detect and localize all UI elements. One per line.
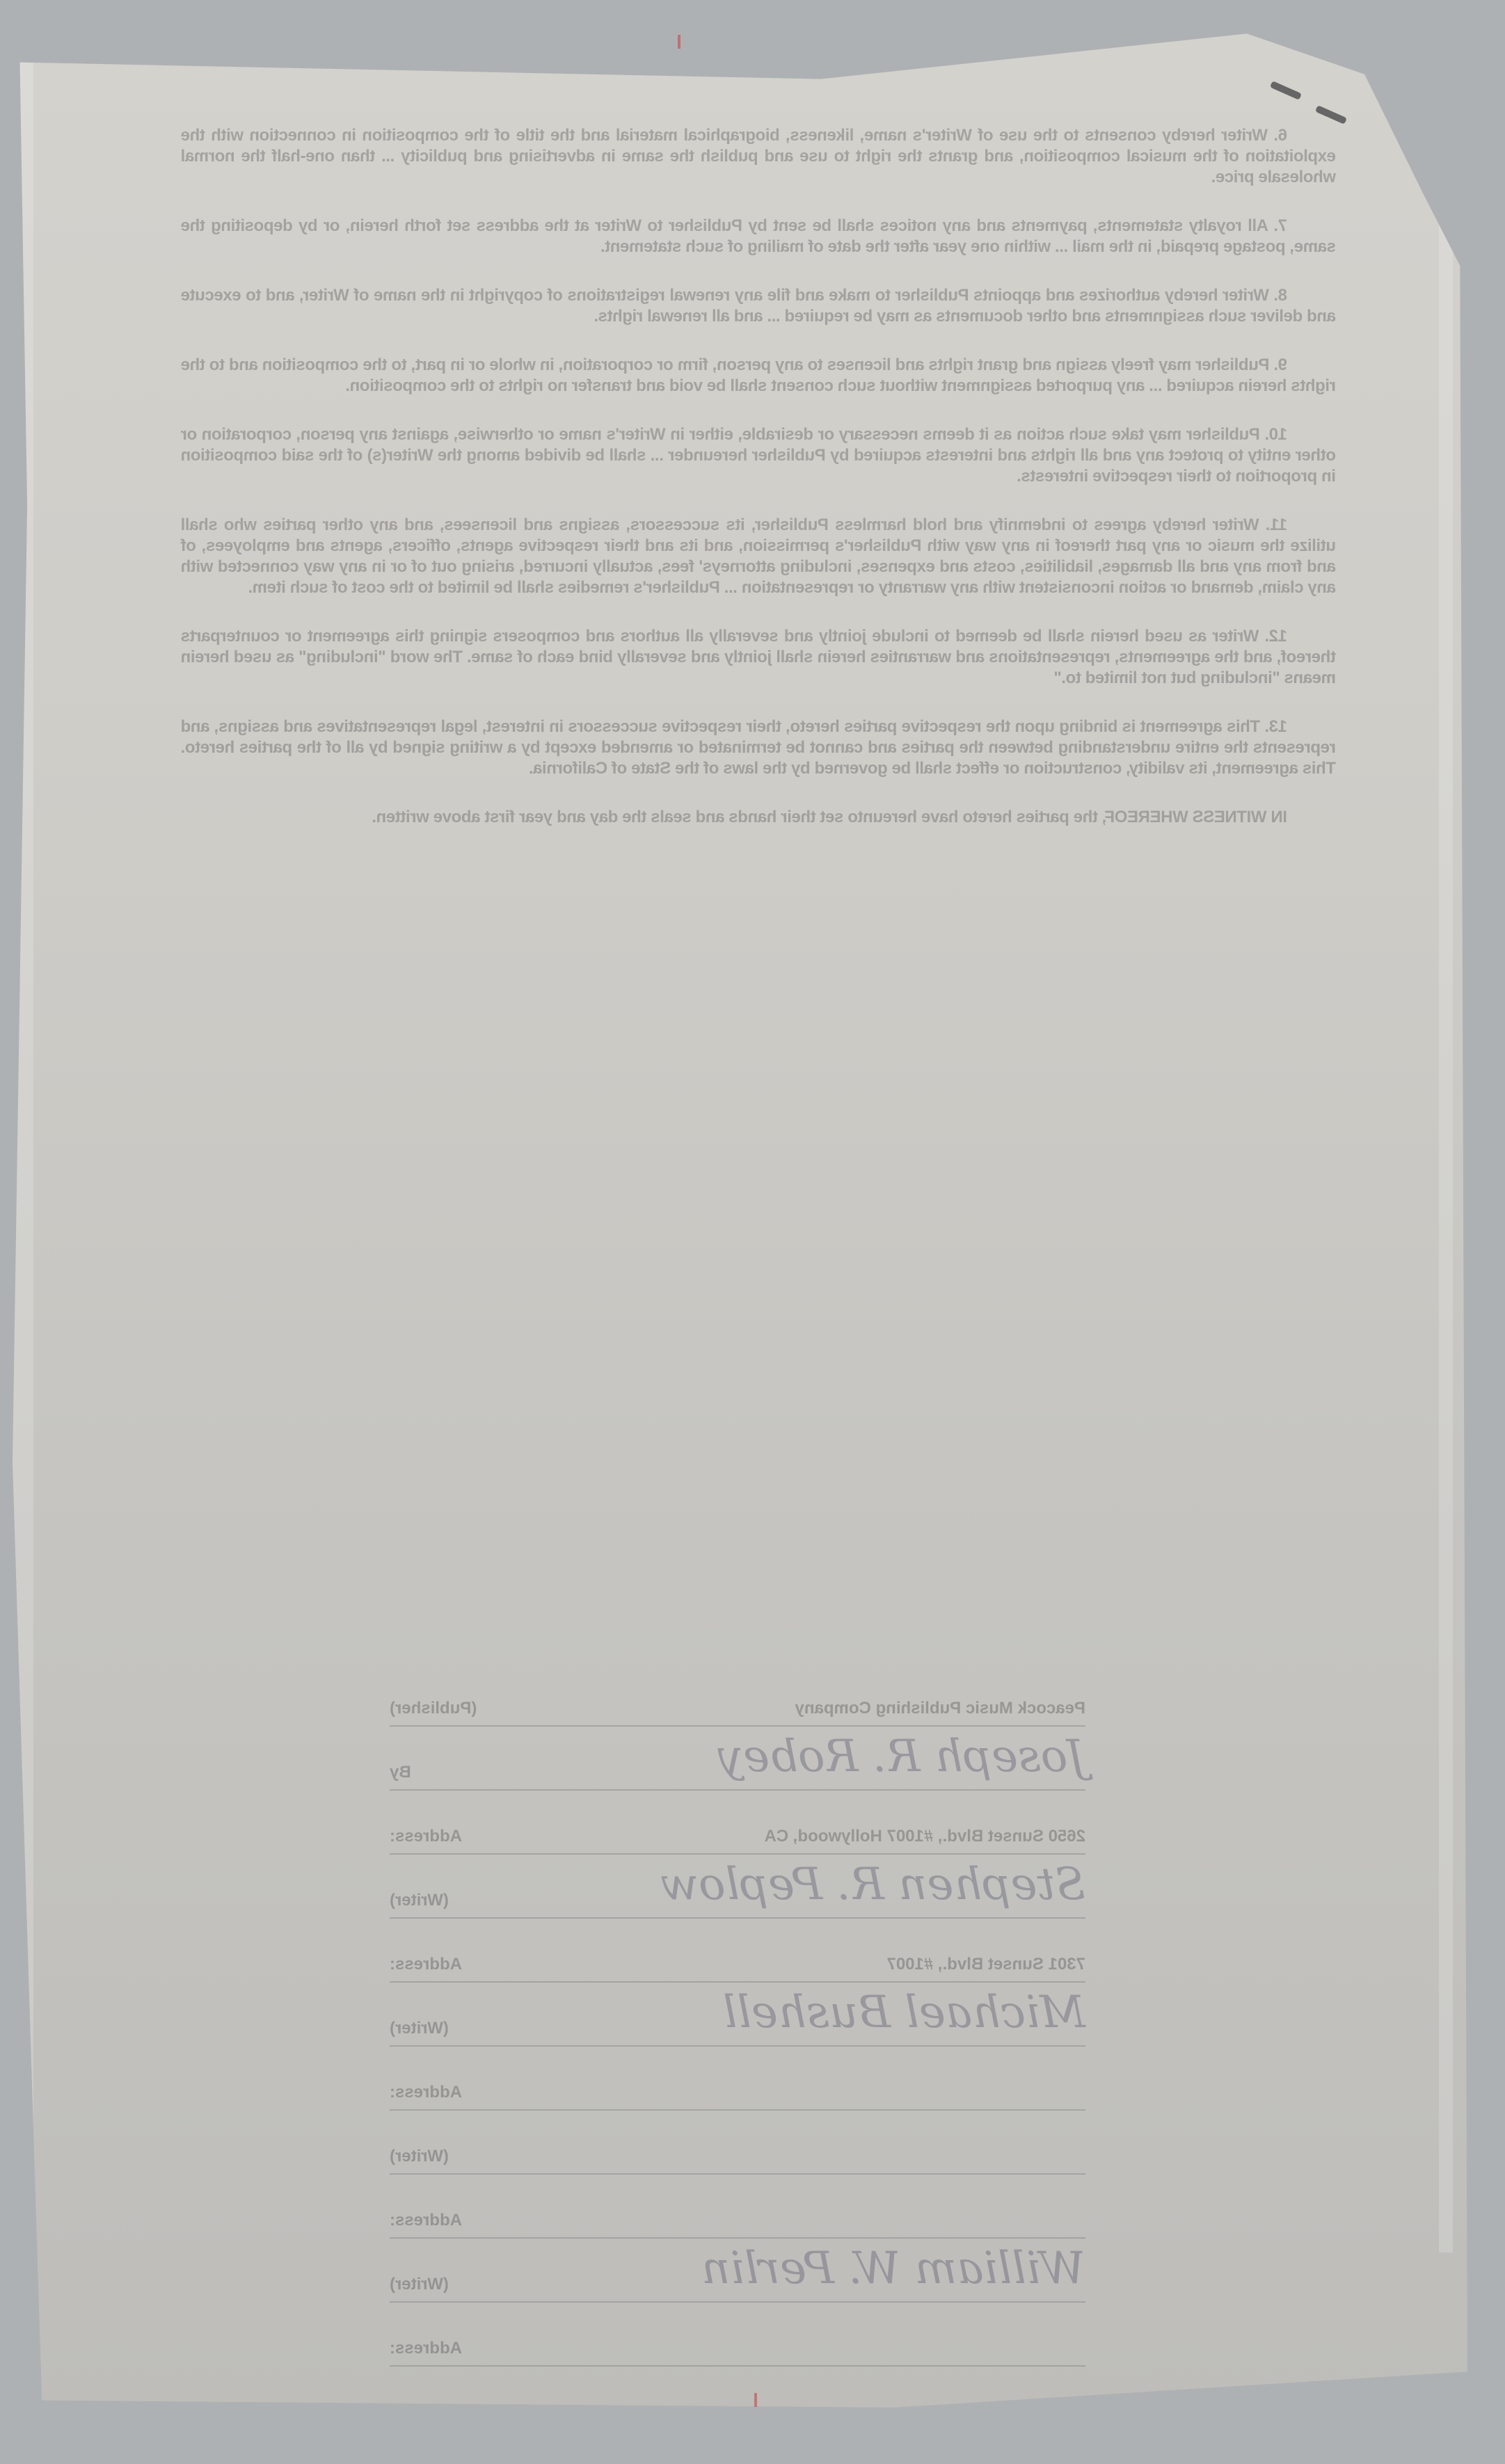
writer-address-1: 7301 Sunset Blvd., #1007 Address: xyxy=(390,1926,1085,1974)
paper-crease xyxy=(13,26,33,2419)
paragraph-9: 9. Publisher may freely assign and grant… xyxy=(181,355,1336,397)
writer-address-4: Address: xyxy=(390,2310,1085,2358)
paragraph-8: 8. Writer hereby authorizes and appoints… xyxy=(181,285,1336,327)
publisher-address: 2650 Sunset Blvd., #1007 Hollywood, CA A… xyxy=(390,1798,1085,1846)
witness-clause: IN WITNESS WHEREOF, the parties hereto h… xyxy=(181,807,1336,828)
writer-signature-2: Michael Bushell (Writer) xyxy=(390,1990,1085,2038)
writer-address-3: Address: xyxy=(390,2182,1085,2230)
paragraph-6: 6. Writer hereby consents to the use of … xyxy=(181,125,1336,188)
writer-address-2: Address: xyxy=(390,2054,1085,2102)
writer-signature-3: (Writer) xyxy=(390,2118,1085,2166)
paragraph-12: 12. Writer as used herein shall be deeme… xyxy=(181,626,1336,689)
red-page-mark-top xyxy=(678,35,680,49)
publisher-signature: Joseph R. Robey By xyxy=(390,1734,1085,1782)
writer-signature-4: William W. Perlin (Writer) xyxy=(390,2246,1085,2294)
paragraph-13: 13. This agreement is binding upon the r… xyxy=(181,717,1336,779)
paragraph-10: 10. Publisher may take such action as it… xyxy=(181,424,1336,487)
signature-block: Peacock Music Publishing Company (Publis… xyxy=(390,1670,1085,2374)
writer-signature-1: Stephen R. Peplow (Writer) xyxy=(390,1862,1085,1910)
bleed-through-paragraphs: 6. Writer hereby consents to the use of … xyxy=(181,125,1336,856)
paragraph-7: 7. All royalty statements, payments and … xyxy=(181,216,1336,257)
publisher-name-row: Peacock Music Publishing Company (Publis… xyxy=(390,1670,1085,1718)
red-page-mark-bottom xyxy=(754,2393,757,2407)
paragraph-11: 11. Writer hereby agrees to indemnify an… xyxy=(181,515,1336,598)
paper-crease xyxy=(1439,166,1453,2253)
